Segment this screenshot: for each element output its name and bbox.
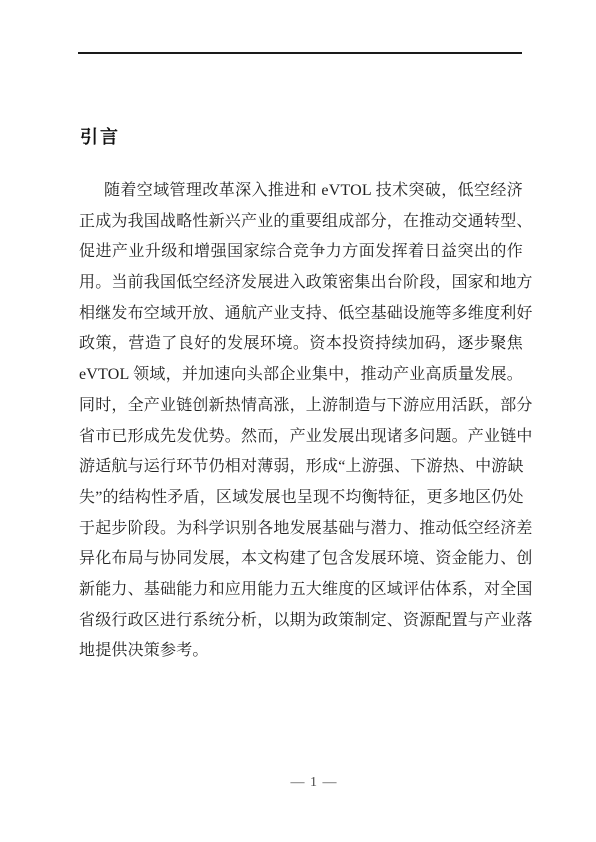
paragraph-line: 随着空域管理改革深入推进和 eVTOL 技术突破，低空经济 [79,176,523,207]
paragraph-line: 于起步阶段。为科学识别各地发展基础与潜力、推动低空经济差 [79,514,523,545]
paragraph-line: 用。当前我国低空经济发展进入政策密集出台阶段，国家和地方 [79,268,523,299]
paragraph-line: 地提供决策参考。 [79,636,523,667]
paragraph-line: eVTOL 领域，并加速向头部企业集中，推动产业高质量发展。 [79,360,523,391]
paragraph-line: 新能力、基础能力和应用能力五大维度的区域评估体系，对全国 [79,575,523,606]
paragraph-line: 同时，全产业链创新热情高涨，上游制造与下游应用活跃，部分 [79,391,523,422]
header-rule [78,52,522,54]
paragraph-line: 正成为我国战略性新兴产业的重要组成部分，在推动交通转型、 [79,207,523,238]
paragraph-line: 政策，营造了良好的发展环境。资本投资持续加码，逐步聚焦 [79,329,523,360]
paragraph-line: 游适航与运行环节仍相对薄弱，形成“上游强、下游热、中游缺 [79,452,523,483]
paragraph-line: 异化布局与协同发展，本文构建了包含发展环境、资金能力、创 [79,544,523,575]
document-page: 引言 随着空域管理改革深入推进和 eVTOL 技术突破，低空经济正成为我国战略性… [0,0,596,842]
page-number: — 1 — [291,775,338,791]
paragraph-line: 相继发布空域开放、通航产业支持、低空基础设施等多维度利好 [79,299,523,330]
paragraph-line: 省市已形成先发优势。然而，产业发展出现诸多问题。产业链中 [79,422,523,453]
section-title: 引言 [80,126,120,148]
intro-paragraph: 随着空域管理改革深入推进和 eVTOL 技术突破，低空经济正成为我国战略性新兴产… [79,176,523,667]
paragraph-line: 失”的结构性矛盾，区域发展也呈现不均衡特征，更多地区仍处 [79,483,523,514]
paragraph-line: 省级行政区进行系统分析，以期为政策制定、资源配置与产业落 [79,606,523,637]
paragraph-line: 促进产业升级和增强国家综合竞争力方面发挥着日益突出的作 [79,237,523,268]
